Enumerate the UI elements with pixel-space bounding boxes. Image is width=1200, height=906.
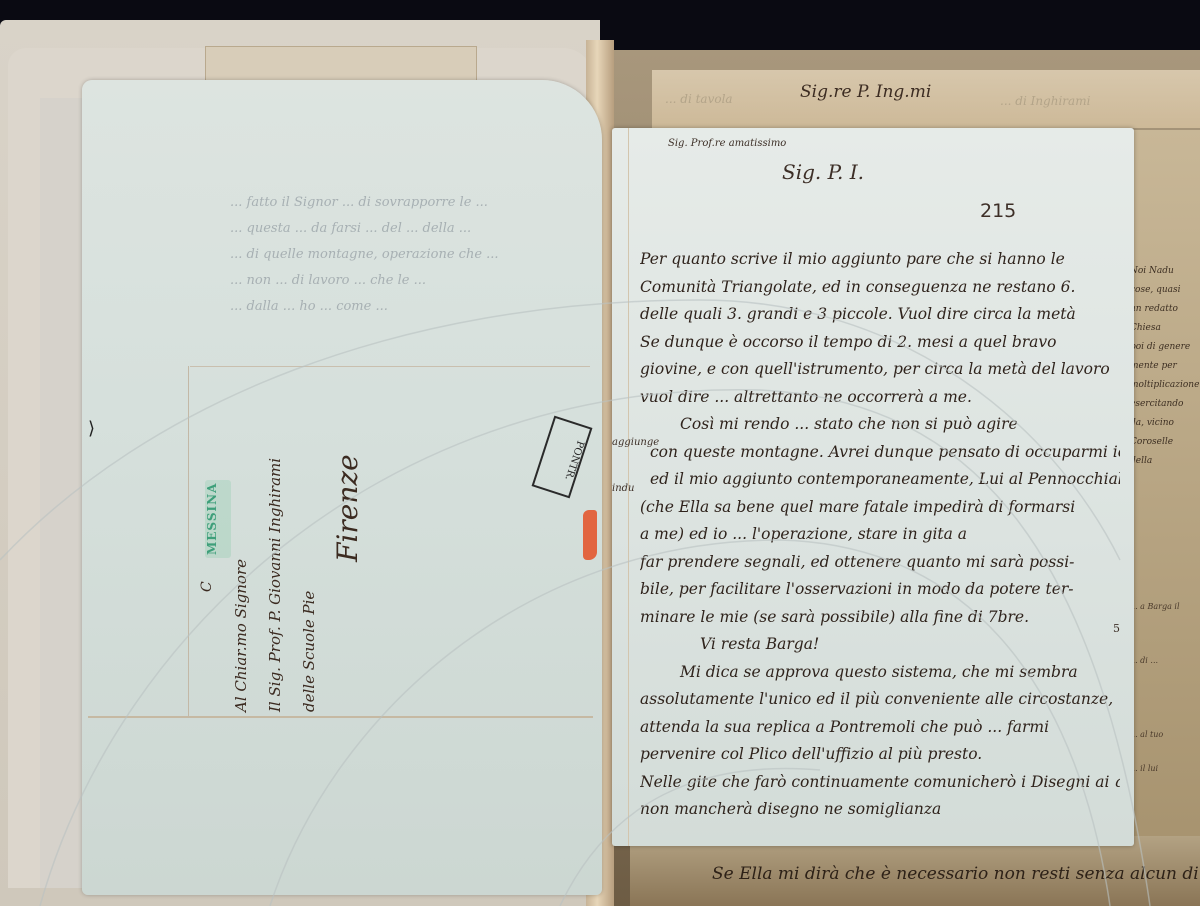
note-line: ... al tuo: [1130, 728, 1200, 742]
faded-line: ... questa ... da farsi ... del ... dell…: [230, 216, 570, 242]
note-line: poi di genere: [1130, 338, 1200, 357]
body-line: Mi dica se approva questo sistema, che m…: [640, 659, 1120, 687]
note-line: ... di ...: [1130, 654, 1200, 668]
body-line: Così mi rendo ... stato che non si può a…: [640, 411, 1120, 439]
body-line: non mancherà disegno ne somiglianza: [640, 796, 1120, 824]
address-line: delle Scuole Pie: [292, 372, 326, 712]
underlying-sheet-notes: Noi Nadu cose, quasi un redatto Chiesa p…: [1130, 262, 1200, 471]
body-line: Vi resta Barga!: [640, 631, 1120, 659]
address-city: Firenze: [326, 372, 370, 712]
folio-number: 215: [980, 200, 1016, 222]
note-line: Noi Nadu: [1130, 262, 1200, 281]
body-line: (che Ella sa bene quel mare fatale imped…: [640, 494, 1120, 522]
body-line: far prendere segnali, ed ottenere quanto…: [640, 549, 1120, 577]
body-line: attenda la sua replica a Pontremoli che …: [640, 714, 1120, 742]
note-line: Chiesa: [1130, 319, 1200, 338]
note-line: mente per: [1130, 357, 1200, 376]
note-line: ... il lui: [1130, 762, 1200, 776]
note-line: cose, quasi: [1130, 281, 1200, 300]
fold-line: [88, 716, 593, 718]
top-slip-heading: Sig.re P. Ing.mi: [800, 82, 931, 102]
fold-line: [190, 366, 590, 367]
body-line: Comunità Triangolate, ed in conseguenza …: [640, 274, 1120, 302]
fold-line: [188, 366, 189, 718]
lower-sheet-text: Se Ella mi dirà che è necessario non res…: [712, 864, 1200, 884]
body-line: ed il mio aggiunto contemporaneamente, L…: [640, 466, 1120, 494]
top-slip-faded-text: ... di Inghirami: [1000, 94, 1090, 108]
salutation-small: Sig. Prof.re amatissimo: [668, 138, 786, 149]
wax-seal: [583, 510, 597, 560]
body-line: a me) ed io ... l'operazione, stare in g…: [640, 521, 1120, 549]
faded-line: ... di quelle montagne, operazione che .…: [230, 242, 570, 268]
paper-strip: [205, 46, 477, 82]
body-line: pervenire col Plico dell'uffizio al più …: [640, 741, 1120, 769]
body-line: vuol dire ... altrettanto ne occorrerà a…: [640, 384, 1120, 412]
note-line: della: [1130, 452, 1200, 471]
faded-line: ... fatto il Signor ... di sovrapporre l…: [230, 190, 570, 216]
body-line: giovine, e con quell'istrumento, per cir…: [640, 356, 1120, 384]
underlying-sheet-notes-lower: ... a Barga il ... di ... ... al tuo ...…: [1130, 600, 1200, 776]
letter-body: Per quanto scrive il mio aggiunto pare c…: [640, 246, 1120, 824]
salutation: Sig. P. I.: [782, 160, 864, 184]
faded-line: ... non ... di lavoro ... che le ...: [230, 268, 570, 294]
body-line: Nelle gite che farò continuamente comuni…: [640, 769, 1120, 797]
note-line: Coroselle: [1130, 433, 1200, 452]
address-line: Al Chiar.mo Signore: [224, 372, 258, 712]
note-line: un redatto: [1130, 300, 1200, 319]
body-line: minare le mie (se sarà possibile) alla f…: [640, 604, 1120, 632]
note-line: moltiplicazione: [1130, 376, 1200, 395]
address-line: Il Sig. Prof. P. Giovanni Inghirami: [258, 372, 292, 712]
angle-mark-icon: ⟩: [88, 418, 102, 442]
faded-line: ... dalla ... ho ... come ...: [230, 294, 570, 320]
note-line: ... a Barga il: [1130, 600, 1200, 614]
address-block: C Al Chiar.mo Signore Il Sig. Prof. P. G…: [190, 372, 480, 712]
corner-mark: C: [190, 372, 224, 712]
faded-bleedthrough-text: ... fatto il Signor ... di sovrapporre l…: [230, 190, 570, 320]
body-line: Per quanto scrive il mio aggiunto pare c…: [640, 246, 1120, 274]
note-line: da, vicino: [1130, 414, 1200, 433]
body-line: con queste montagne. Avrei dunque pensat…: [640, 439, 1120, 467]
body-line: assolutamente l'unico ed il più convenie…: [640, 686, 1120, 714]
body-line: Se dunque è occorso il tempo di 2. mesi …: [640, 329, 1120, 357]
note-line: esercitando: [1130, 395, 1200, 414]
body-line: delle quali 3. grandi e 3 piccole. Vuol …: [640, 301, 1120, 329]
top-slip-faded-text: ... di tavola: [665, 92, 733, 106]
body-line: bile, per facilitare l'osservazioni in m…: [640, 576, 1120, 604]
